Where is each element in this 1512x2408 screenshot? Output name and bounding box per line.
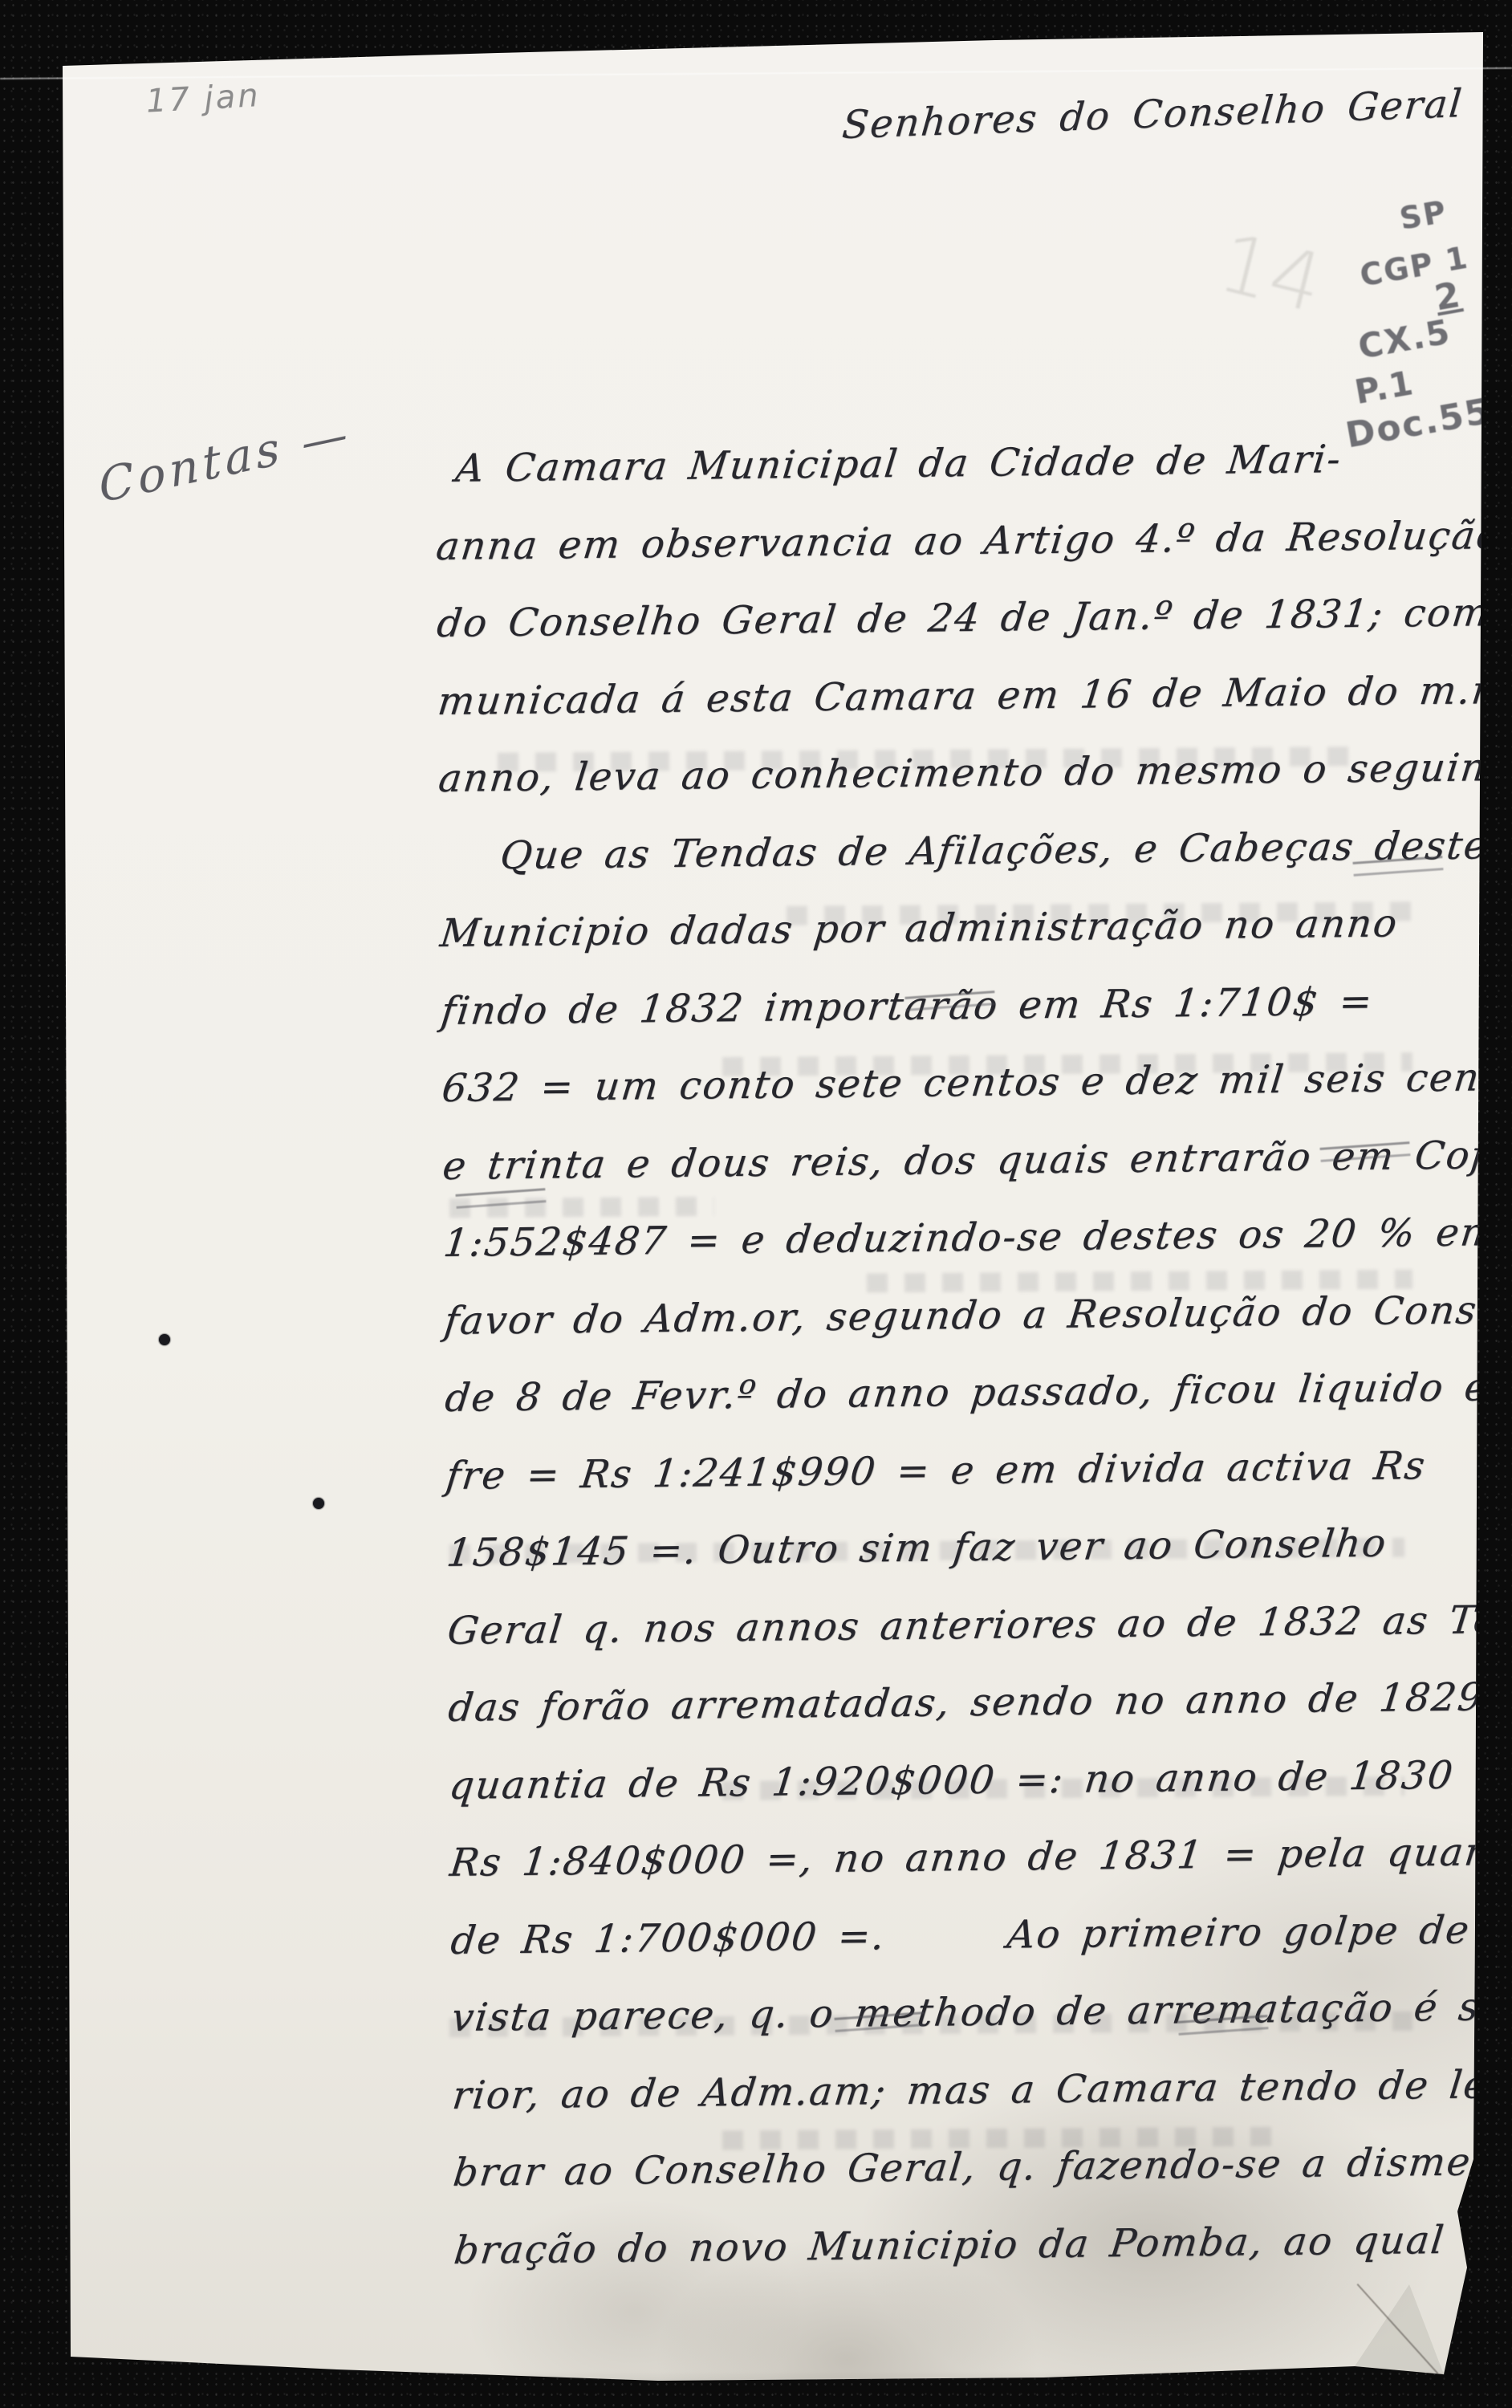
document-page: 17 jan Senhores do Conselho Geral 14 SP … <box>0 0 1512 2408</box>
manuscript-line: 158$145 =. Outro sim faz ver ao Conselho <box>441 1519 1512 1609</box>
manuscript-line: bração do novo Municipio da Pomba, ao qu… <box>448 2215 1512 2305</box>
manuscript-line: Geral q. nos annos anteriores ao de 1832… <box>441 1596 1512 1686</box>
ink-blot <box>313 1498 324 1509</box>
manuscript-line: de 8 de Fevr.º do anno passado, ficou li… <box>439 1364 1512 1454</box>
manuscript-line: findo de 1832 importarão em Rs 1:710$ = <box>435 976 1512 1066</box>
manuscript-body: A Camara Municipal da Cidade de Mari-ann… <box>433 434 1512 2305</box>
manuscript-line: Rs 1:840$000 =, no anno de 1831 = pela q… <box>444 1828 1512 1918</box>
manuscript-line: rior, ao de Adm.am; mas a Camara tendo d… <box>446 2060 1512 2150</box>
pencil-date-note: 17 jan <box>145 77 262 120</box>
manuscript-line: quantia de Rs 1:920$000 =: no anno de 18… <box>443 1751 1512 1841</box>
manuscript-line: das forão arrematadas, sendo no anno de … <box>442 1674 1512 1763</box>
manuscript-line: de Rs 1:700$000 =. Ao primeiro golpe de <box>445 1906 1512 1995</box>
manuscript-line: 632 = um conto sete centos e dez mil sei… <box>436 1054 1512 1144</box>
manuscript-line: municada á esta Camara em 16 de Maio do … <box>432 666 1512 756</box>
manuscript-line: brar ao Conselho Geral, q. fazendo-se a … <box>447 2138 1512 2228</box>
manuscript-line: e trinta e dous reis, dos quais entrarão… <box>437 1131 1512 1221</box>
manuscript-line: fre = Rs 1:241$990 = e em divida activa … <box>440 1441 1512 1531</box>
manuscript-line: anno, leva ao conhecimento do mesmo o se… <box>433 744 1512 834</box>
manuscript-line: Municipio dadas por administração no ann… <box>434 899 1512 989</box>
ink-blot <box>159 1334 170 1345</box>
manuscript-line: Que as Tendas de Afilações, e Cabeças de… <box>433 821 1512 911</box>
manuscript-line: favor do Adm.or, segundo a Resolução do … <box>438 1286 1512 1376</box>
manuscript-line: A Camara Municipal da Cidade de Mari- <box>429 434 1512 524</box>
manuscript-line: do Conselho Geral de 24 de Jan.º de 1831… <box>431 589 1512 679</box>
manuscript-line: vista parece, q. o methodo de arremataçã… <box>445 1983 1512 2073</box>
manuscript-line: 1:552$487 = e deduzindo-se destes os 20 … <box>437 1209 1512 1299</box>
manuscript-line: anna em observancia ao Artigo 4.º da Res… <box>430 511 1512 601</box>
scanner-background: 17 jan Senhores do Conselho Geral 14 SP … <box>0 0 1512 2408</box>
